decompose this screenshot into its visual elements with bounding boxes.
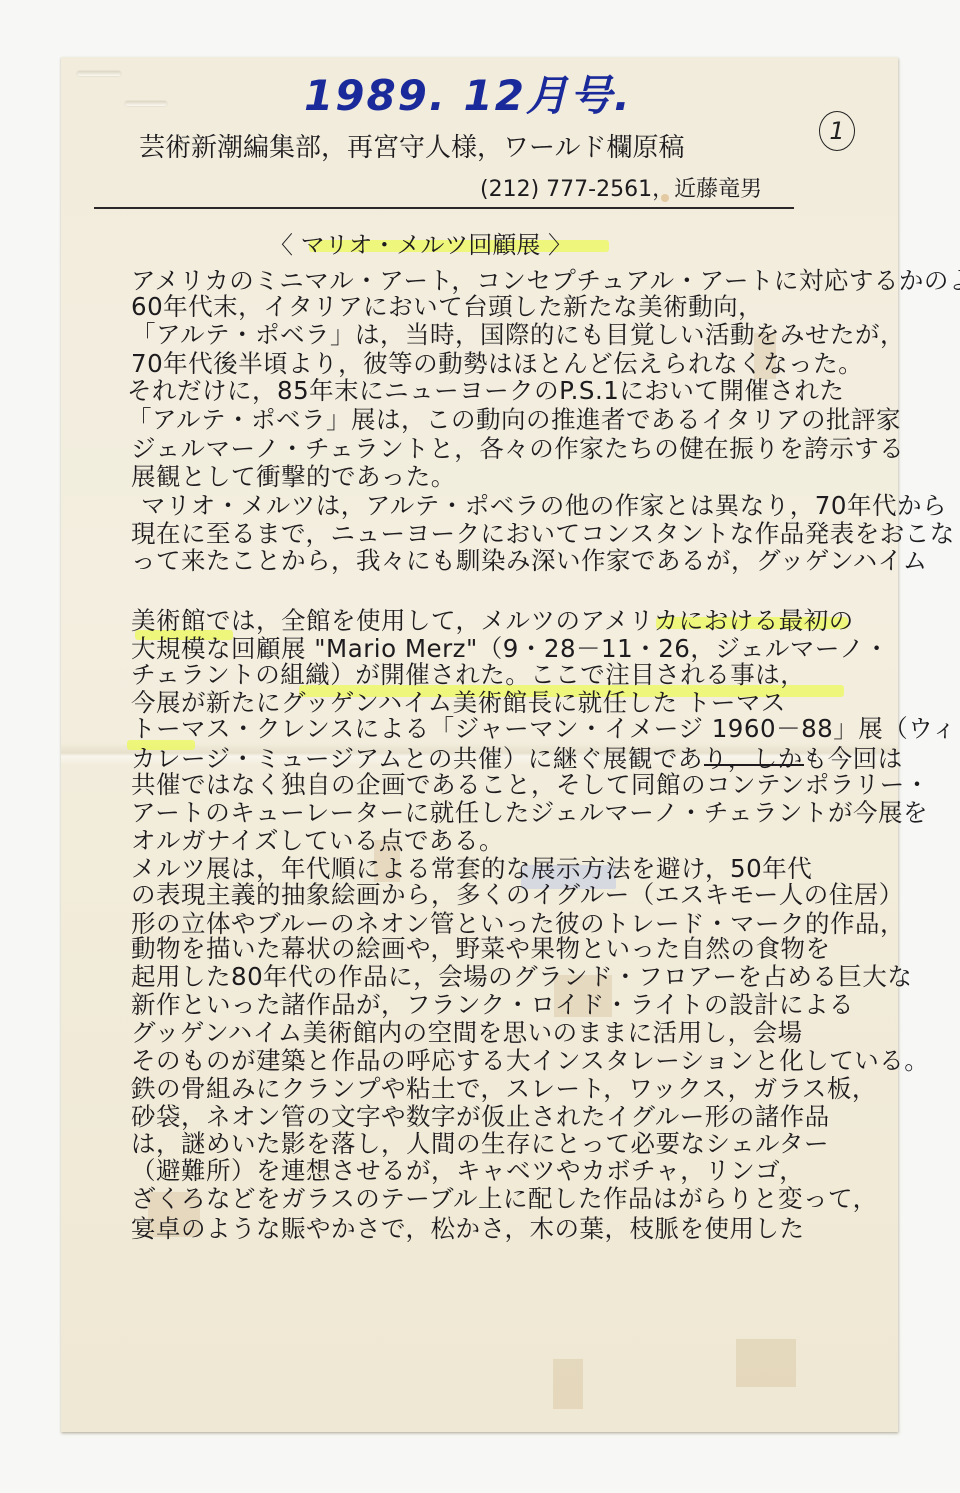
body-line: 現在に至るまで，ニューヨークにおいてコンスタントな作品発表をおこな [131,522,955,547]
body-line: ざくろなどをガラスのテーブル上に配した作品はがらりと変って， [131,1187,878,1212]
body-line: 60年代末，イタリアにおいて台頭した新たな美術動向， [131,295,763,320]
body-line: 形の立体やブルーのネオン管といった彼のトレード・マーク的作品， [131,912,905,937]
body-line: 大規模な回顧展 "Mario Merz"（9・28－11・26，ジェルマーノ・ [131,637,889,662]
body-line: 展観として衝撃的であった。 [131,465,456,490]
body-line: グッゲンハイム美術館内の空間を思いのままに活用し，会場 [131,1021,803,1046]
page-number-circle: 1 [819,111,855,151]
body-line: 70年代後半頃より，彼等の動勢はほとんど伝えられなくなった。 [131,352,863,377]
body-line: （避難所）を連想させるが，キャベツやカボチャ，リンゴ， [131,1159,804,1184]
staple-hole-mark [125,101,167,106]
body-line: 今展が新たにグッゲンハイム美術館長に就任した トーマス [131,691,786,716]
body-line: トーマス・クレンスによる「ジャーマン・イメージ 1960－88」展（ウィリアム・ [131,717,960,742]
date-annotation: 1989. 12月号. [304,63,632,123]
body-line: 宴卓のような賑やかさで，松かさ，木の葉，枝脈を使用した [131,1217,805,1242]
body-line: アメリカのミニマル・アート，コンセプチュアル・アートに対応するかのように， [131,269,960,294]
body-line: 共催ではなく独自の企画であること，そして同館のコンテンポラリー・ [131,773,930,798]
correction-patch [553,1359,583,1409]
body-line: メルツ展は，年代順による常套的な展示方法を避け，50年代 [131,857,812,882]
header-divider [94,207,794,209]
body-line: 新作といった諸作品が，フランク・ロイド・ライトの設計による [131,993,854,1018]
body-line: 動物を描いた幕状の絵画や，野菜や果物といった自然の食物を [131,937,831,962]
body-line: ジェルマーノ・チェラントと，各々の作家たちの健在振りを誇示する [131,437,904,462]
body-line: 砂袋，ネオン管の文字や数字が仮止されたイグルー形の諸作品 [131,1105,830,1130]
body-line: そのものが建築と作品の呼応する大インスタレーションと化している。 [131,1049,929,1074]
body-line: それだけに，85年末にニューヨークのP.S.1において開催された [127,379,844,404]
contact-line: (212) 777-2561，近藤竜男 [480,172,762,203]
ink-stain [661,194,669,202]
body-line: 鉄の骨組みにクランプや粘土で，スレート，ワックス，ガラス板， [131,1077,877,1102]
addressee-line: 芸術新潮編集部，再宮守人様，ワールド欄原稿 [139,127,684,164]
body-line: の表現主義的抽象絵画から，多くのイグルー（エスキモー人の住居） [131,883,904,908]
body-line: アートのキューレーターに就任したジェルマーノ・チェラントが今展を [131,801,928,826]
body-line: 「アルテ・ポベラ」展は，この動向の推進者であるイタリアの批評家 [127,408,901,433]
body-line: 起用した80年代の作品に，会場のグランド・フロアーを占める巨大な [131,965,912,990]
manuscript-page: 1989. 12月号. 1 芸術新潮編集部，再宮守人様，ワールド欄原稿 (212… [61,57,898,1432]
body-line: オルガナイズしている点である。 [131,829,504,854]
body-line: カレージ・ミュージアムとの共催）に継ぐ展観であり，しかも今回は [131,747,903,772]
correction-patch [736,1339,796,1387]
staple-hole-mark [77,71,121,76]
body-line: 美術館では，全館を使用して，メルツのアメリカにおける最初の [131,609,854,634]
body-line: って来たことから，我々にも馴染み深い作家であるが，グッゲンハイム [131,549,928,574]
body-line: マリオ・メルツは，アルテ・ポベラの他の作家とは異なり，70年代から [141,494,947,519]
body-line: は，謎めいた影を落し，人間の生存にとって必要なシェルター [131,1132,829,1157]
body-line: チェラントの組織）が開催された。ここで注目される事は， [131,663,805,688]
article-title: 〈 マリオ・メルツ回顧展 〉 [269,225,572,260]
body-line: 「アルテ・ポベラ」は，当時，国際的にも目覚しい活動をみせたが， [131,323,905,348]
